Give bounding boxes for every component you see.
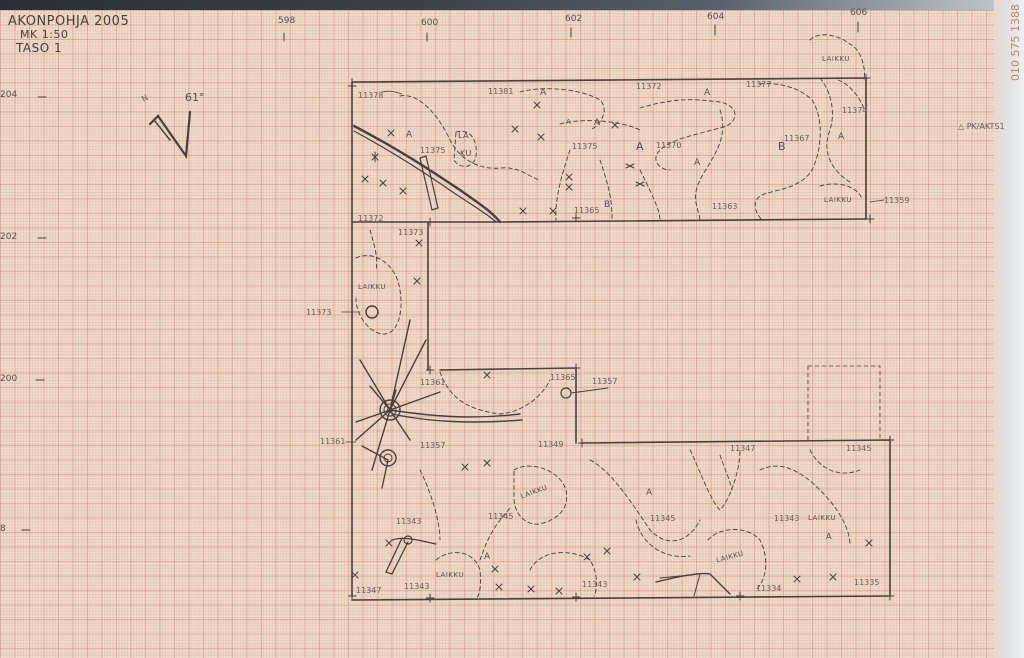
elevation-label: 11375 xyxy=(420,146,445,155)
soil-a-label: A xyxy=(694,158,700,168)
elevation-label: 11334 xyxy=(756,584,781,593)
elevation-label: 11377 xyxy=(746,80,771,89)
elevation-label: 11343 xyxy=(404,582,429,591)
elevation-label: 11335 xyxy=(854,578,879,587)
elevation-label: 11372 xyxy=(636,82,661,91)
soil-a-label: A xyxy=(636,140,644,153)
laikku-label: LAIKKU xyxy=(808,514,836,522)
elevation-label: 11347 xyxy=(356,586,381,595)
elevation-label: 11345 xyxy=(846,444,871,453)
soil-b-label: B xyxy=(778,140,786,153)
elevation-label: 11367 xyxy=(784,134,809,143)
soil-a-label: A xyxy=(646,488,652,498)
elevation-label: 11365 xyxy=(574,206,599,215)
laikku-label: LAIKKU xyxy=(436,571,464,579)
plan-drawing xyxy=(0,0,1024,658)
soil-a-label: A xyxy=(484,552,490,562)
elevation-label: 11357 xyxy=(592,377,617,386)
elevation-label: 11375 xyxy=(572,142,597,151)
elevation-label: 11347 xyxy=(730,444,755,453)
soil-a-label: A xyxy=(540,88,546,98)
soil-a-label: A xyxy=(704,88,710,98)
soil-a-label: A xyxy=(838,132,844,142)
elevation-label: 11365 xyxy=(550,373,575,382)
soil-b-label: B xyxy=(604,200,610,210)
laikku-label: LAIKKU xyxy=(824,196,852,204)
elevation-label: 11359 xyxy=(884,196,909,205)
elevation-label: 11381 xyxy=(488,87,513,96)
elevation-label: 11357 xyxy=(420,441,445,450)
elevation-label: 11374 xyxy=(842,106,867,115)
elevation-label: 11372 xyxy=(358,214,383,223)
elevation-label: 11343 xyxy=(582,580,607,589)
soil-a-label: A xyxy=(566,118,571,126)
soil-a-label: A xyxy=(594,118,600,128)
elevation-label: 11345 xyxy=(488,512,513,521)
laikku-label: LAIKKU xyxy=(822,55,850,63)
elevation-label: 11361 xyxy=(320,437,345,446)
elevation-label: 11343 xyxy=(396,517,421,526)
elevation-label: 11343 xyxy=(774,514,799,523)
elevation-label: 11361 xyxy=(420,378,445,387)
soil-a-label: A xyxy=(406,130,412,140)
elevation-label: 11373 xyxy=(398,228,423,237)
laikku-label: LAIKKU xyxy=(358,283,386,291)
elevation-label: 11363 xyxy=(712,202,737,211)
elevation-label: 11370 xyxy=(656,141,681,150)
laikku-label: KU xyxy=(460,149,472,158)
elevation-label: 11373 xyxy=(306,308,331,317)
elevation-label: 11345 xyxy=(650,514,675,523)
elevation-label: 11349 xyxy=(538,440,563,449)
soil-a-label: A xyxy=(826,532,831,541)
laikku-label: LA xyxy=(458,131,469,140)
elevation-label: 11378 xyxy=(358,91,383,100)
